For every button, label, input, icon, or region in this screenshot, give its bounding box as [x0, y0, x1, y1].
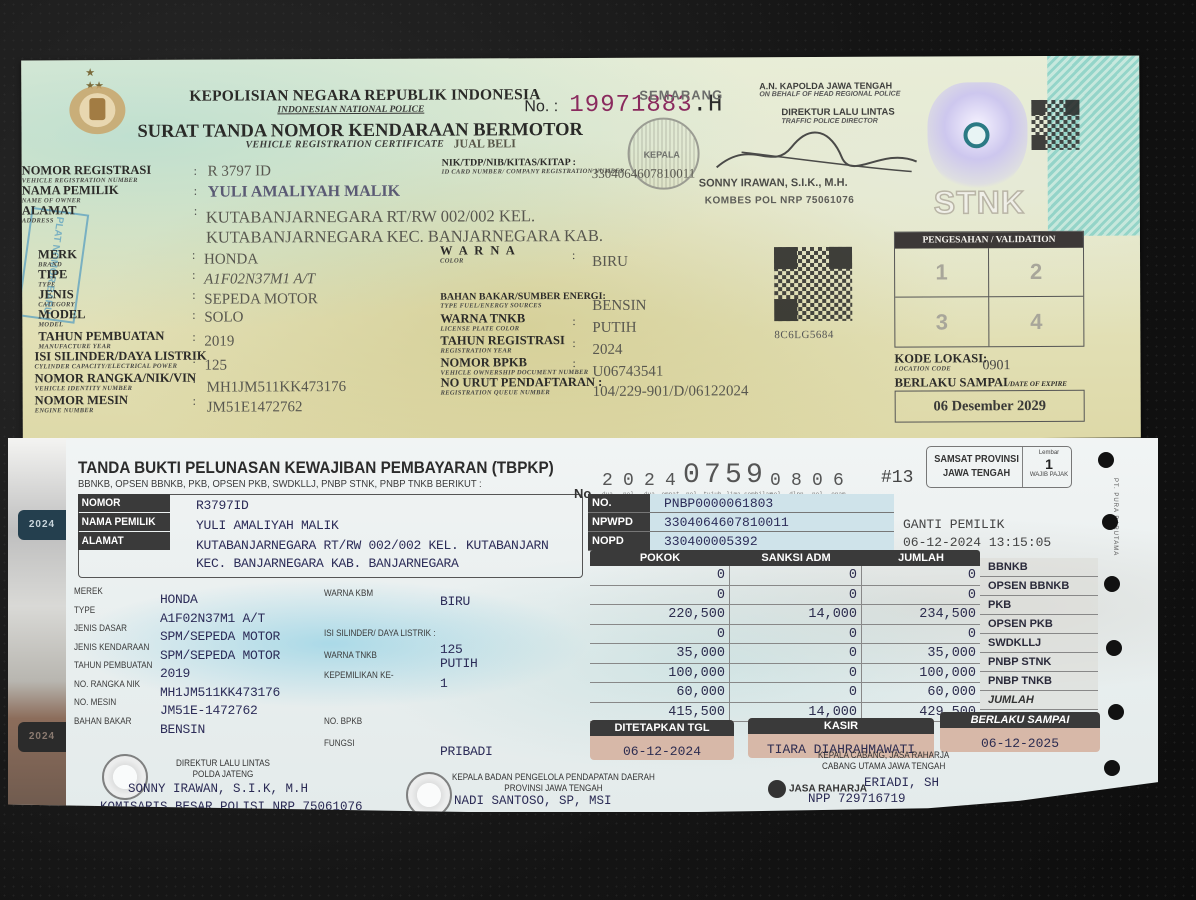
receipt-digit: 5lima — [723, 460, 744, 498]
validation-cell: 1 — [895, 248, 989, 297]
perforation-hole — [1098, 452, 1114, 468]
vehicle-field-value: A1F02N37M1 A/T — [160, 611, 265, 626]
validation-box: PENGESAHAN / VALIDATION 1 2 3 4 — [894, 231, 1085, 348]
value-kode-lokasi: 0901 — [982, 358, 1010, 374]
value-model: SOLO — [204, 309, 243, 326]
receipt-suffix: #13 — [881, 468, 913, 488]
issuing-city: SEMARANG — [639, 87, 723, 102]
label-bahan-bakar: BAHAN BAKAR/SUMBER ENERGI:TYPE FUEL/ENER… — [440, 292, 606, 310]
payment-item-label: PNBP TNKB — [980, 672, 1098, 691]
signer-name: SONNY IRAWAN, S.I.K., M.H. — [699, 177, 848, 190]
vehicle-field-value: HONDA — [160, 592, 198, 607]
payment-row: 000 — [590, 586, 980, 606]
payment-row: 35,000035,000 — [590, 644, 980, 664]
receipt-title: TANDA BUKTI PELUNASAN KEWAJIBAN PEMBAYAR… — [78, 458, 554, 478]
label-warna: W A R N ACOLOR — [440, 244, 517, 264]
value-nopd: 330400005392 — [650, 532, 894, 550]
value-warna: BIRU — [592, 254, 628, 271]
label-kode-lokasi: KODE LOKASI:LOCATION CODE — [894, 352, 987, 372]
value-alamat-line1: KUTABANJARNEGARA RT/RW 002/002 KEL. KUTA… — [196, 538, 549, 553]
label-jenis: JENISCATEGORY — [38, 288, 75, 308]
receipt-subtitle: BBNKB, OPSEN BBNKB, PKB, OPSEN PKB, SWDK… — [78, 478, 482, 490]
vehicle-field-label: NO. MESIN — [74, 697, 116, 708]
bapenda-signatory-title: KEPALA BADAN PENGELOLA PENDAPATAN DAERAH… — [452, 772, 655, 794]
stnk-mark: STNK — [934, 184, 1025, 221]
label-tahun-pembuatan: TAHUN PEMBUATANMANUFACTURE YEAR — [38, 330, 164, 351]
payment-item-label: SWDKLLJ — [980, 634, 1098, 653]
vehicle-field-label: JENIS KENDARAAN — [74, 642, 149, 653]
agency-name: KEPOLISIAN NEGARA REPUBLIK INDONESIA — [189, 86, 540, 106]
perforation-hole — [1104, 576, 1120, 592]
vehicle-field-label: JENIS DASAR — [74, 623, 127, 634]
payment-table: POKOK SANKSI ADM JUMLAH 000000220,50014,… — [590, 550, 980, 722]
qr-code-text: 8C6LG5684 — [774, 329, 834, 341]
label-nomor-bpkb: NOMOR BPKBVEHICLE OWNERSHIP DOCUMENT NUM… — [440, 356, 588, 377]
id-numbers: NO. TBPKPPNBP0000061803 NPWPD33040646078… — [588, 494, 894, 552]
payment-row: 60,000060,000 — [590, 683, 980, 703]
payment-item-label: BBNKB — [980, 558, 1098, 577]
vehicle-field-value: SPM/SEPEDA MOTOR — [160, 648, 280, 663]
value-nomor-registrasi: R3797ID — [196, 498, 249, 513]
value-alamat-line1: KUTABANJARNEGARA RT/RW 002/002 KEL. — [206, 206, 535, 227]
payment-item-label: JUMLAH — [980, 691, 1098, 710]
payment-row: 100,0000100,000 — [590, 664, 980, 684]
payment-item-label: OPSEN PKB — [980, 615, 1098, 634]
vehicle-field-value: SPM/SEPEDA MOTOR — [160, 629, 280, 644]
payment-item-label: PKB — [980, 596, 1098, 615]
validation-cell: 4 — [989, 297, 1083, 346]
vehicle-field-value: 125 — [440, 642, 463, 657]
payment-item-label: PNBP STNK — [980, 653, 1098, 672]
value-jenis: SEPEDA MOTOR — [204, 291, 318, 308]
validation-cell: 3 — [895, 297, 989, 346]
value-nomor-mesin: JM51E1472762 — [207, 399, 303, 416]
value-tahun-registrasi: 2024 — [592, 342, 622, 359]
label-nomor-mesin: NOMOR MESINENGINE NUMBER — [35, 394, 128, 414]
document-title-en: VEHICLE REGISTRATION CERTIFICATE — [246, 139, 445, 151]
value-alamat-line2: KEC. BANJARNEGARA KAB. BANJARNEGARA — [196, 556, 459, 571]
label-nomor-rangka: NOMOR RANGKA/NIK/VINVEHICLE IDENTITY NUM… — [35, 372, 197, 393]
bapenda-signatory-name: NADI SANTOSO, SP, MSI — [454, 794, 612, 808]
bapenda-seal-icon — [406, 772, 452, 812]
payment-row: 000 — [590, 566, 980, 586]
value-nomor-bpkb: U06743541 — [593, 364, 664, 381]
payment-item-label: OPSEN BBNKB — [980, 577, 1098, 596]
payment-row: 220,50014,000234,500 — [590, 605, 980, 625]
value-nomor-rangka: MH1JM511KK473176 — [207, 379, 347, 397]
jasa-raharja-icon — [768, 780, 786, 798]
receipt-digit: 9sembilan — [744, 460, 765, 498]
stnk-certificate: PLAT NOMOR BARU ★★★ KEPOLISIAN NEGARA RE… — [21, 56, 1141, 443]
value-bahan-bakar: BENSIN — [592, 298, 646, 315]
vehicle-field-value: BIRU — [440, 594, 470, 609]
value-tipe: A1F02N37M1 A/T — [204, 271, 315, 288]
vehicle-field-value: JM51E-1472762 — [160, 703, 258, 718]
label-berlaku-sampai: BERLAKU SAMPAI/DATE OF EXPIRE — [895, 376, 1067, 389]
value-merk: HONDA — [204, 251, 258, 268]
qr-code-icon — [774, 247, 852, 321]
value-isi-silinder: 125 — [204, 358, 227, 375]
jasa-raharja-rank: NPP 729716719 — [808, 792, 906, 806]
qr-code-icon — [1031, 100, 1079, 150]
police-signatory-name: SONNY IRAWAN, S.I.K, M.H — [128, 782, 308, 796]
value-no-tbpkp: PNBP0000061803 — [650, 494, 894, 512]
label-tipe: TIPETYPE — [38, 268, 67, 288]
transfer-stamp: JUAL BELI — [454, 136, 516, 151]
perforation-hole — [1104, 760, 1120, 776]
label-alamat: ALAMATADDRESS — [22, 204, 77, 224]
jasa-raharja-name: ERIADI, SH — [864, 776, 939, 790]
receipt-digit: 0nol — [681, 460, 702, 498]
vehicle-field-label: WARNA TNKB — [324, 650, 377, 661]
vehicle-field-label: NO. BPKB — [324, 716, 362, 727]
vehicle-field-value: PRIBADI — [440, 744, 493, 759]
label-isi-silinder: ISI SILINDER/DAYA LISTRIKCYLINDER CAPACI… — [34, 350, 206, 371]
identity-labels: NOMOR REGISTRASI NAMA PEMILIK ALAMAT — [78, 494, 178, 551]
expiry-date: 06 Desember 2029 — [895, 390, 1085, 423]
police-signatory-title: DIREKTUR LALU LINTASPOLDA JATENG — [176, 758, 270, 780]
label-nomor-registrasi: NOMOR REGISTRASIVEHICLE REGISTRATION NUM… — [22, 164, 152, 185]
payment-item-labels: BBNKBOPSEN BBNKBPKBOPSEN PKBSWDKLLJPNBP … — [980, 558, 1098, 710]
vehicle-field-value: 2019 — [160, 666, 190, 681]
label-warna-tnkb: WARNA TNKBLICENSE PLATE COLOR — [440, 312, 525, 332]
director-title: DIREKTUR LALU LINTASTRAFFIC POLICE DIREC… — [781, 107, 894, 125]
label-tahun-registrasi: TAHUN REGISTRASIREGISTRATION YEAR — [440, 334, 565, 355]
vehicle-field-label: ISI SILINDER/ DAYA LISTRIK : — [324, 628, 435, 639]
on-behalf: A.N. KAPOLDA JAWA TENGAHON BEHALF OF HEA… — [759, 81, 900, 99]
vehicle-field-label: FUNGSI — [324, 738, 355, 749]
label-nama-pemilik: NAMA PEMILIKNAME OF OWNER — [22, 184, 119, 204]
value-no-urut: 104/229-901/D/06122024 — [593, 383, 749, 401]
value-nama-pemilik: YULI AMALIYAH MALIK — [196, 518, 339, 533]
vehicle-field-value: MH1JM511KK473176 — [160, 685, 280, 700]
label-merk: MERKBRAND — [38, 248, 77, 268]
perforation-hole — [1102, 514, 1118, 530]
serial-label: No. : — [524, 98, 558, 116]
payment-row: 000 — [590, 625, 980, 645]
perforation-hole — [1106, 640, 1122, 656]
vehicle-field-label: TAHUN PEMBUATAN — [74, 660, 153, 671]
value-nomor-registrasi: R 3797 ID — [208, 163, 271, 180]
hologram-icon — [927, 82, 1027, 192]
value-nik: 3304064607810011 — [592, 166, 696, 182]
receipt-digit: 7tujuh — [702, 460, 723, 498]
value-tahun-pembuatan: 2019 — [204, 334, 234, 351]
label-no-urut: NO URUT PENDAFTARAN :REGISTRATION QUEUE … — [441, 376, 603, 397]
jasa-raharja-title: KEPALA CABANG, JASA RAHARJACABANG UTAMA … — [818, 750, 949, 772]
year-badge: 2024 — [18, 722, 66, 752]
police-emblem-icon — [65, 76, 129, 138]
vehicle-field-value: BENSIN — [160, 722, 205, 737]
vehicle-field-label: MEREK — [74, 586, 103, 597]
vehicle-field-label: KEPEMILIKAN KE- — [324, 670, 394, 681]
value-alamat-line2: KUTABANJARNEGARA KEC. BANJARNEGARA KAB. — [206, 226, 603, 248]
value-npwpd: 3304064607810011 — [650, 513, 894, 531]
value-nama-pemilik: YULI AMALIYAH MALIK — [208, 183, 400, 202]
transaction-info: GANTI PEMILIK 06-12-2024 13:15:05 — [903, 516, 1051, 551]
samsat-box: SAMSAT PROVINSIJAWA TENGAH Lembar1WAJIB … — [926, 446, 1072, 488]
berlaku-box: BERLAKU SAMPAI 06-12-2025 — [940, 712, 1100, 752]
vehicle-field-value: PUTIH — [440, 656, 478, 671]
signer-rank: KOMBES POL NRP 75061076 — [705, 195, 855, 207]
value-warna-tnkb: PUTIH — [592, 320, 636, 337]
validation-cell: 2 — [989, 248, 1083, 297]
agency-name-en: INDONESIAN NATIONAL POLICE — [277, 105, 424, 116]
vehicle-field-label: TYPE — [74, 605, 95, 616]
vehicle-field-label: NO. RANGKA NIK — [74, 679, 140, 690]
perforation-hole — [1108, 704, 1124, 720]
vehicle-field-value: 1 — [440, 676, 448, 691]
vehicle-field-label: WARNA KBM — [324, 588, 373, 599]
tbpkp-receipt: 2024 2024 TANDA BUKTI PELUNASAN KEWAJIBA… — [8, 438, 1158, 812]
label-model: MODELMODEL — [38, 308, 85, 328]
signature-icon — [711, 127, 921, 178]
year-badge: 2024 — [18, 510, 66, 540]
security-strip: 2024 2024 — [8, 438, 66, 812]
ditetapkan-box: DITETAPKAN TGL 06-12-2024 — [590, 720, 734, 760]
vehicle-field-label: BAHAN BAKAR — [74, 716, 131, 727]
